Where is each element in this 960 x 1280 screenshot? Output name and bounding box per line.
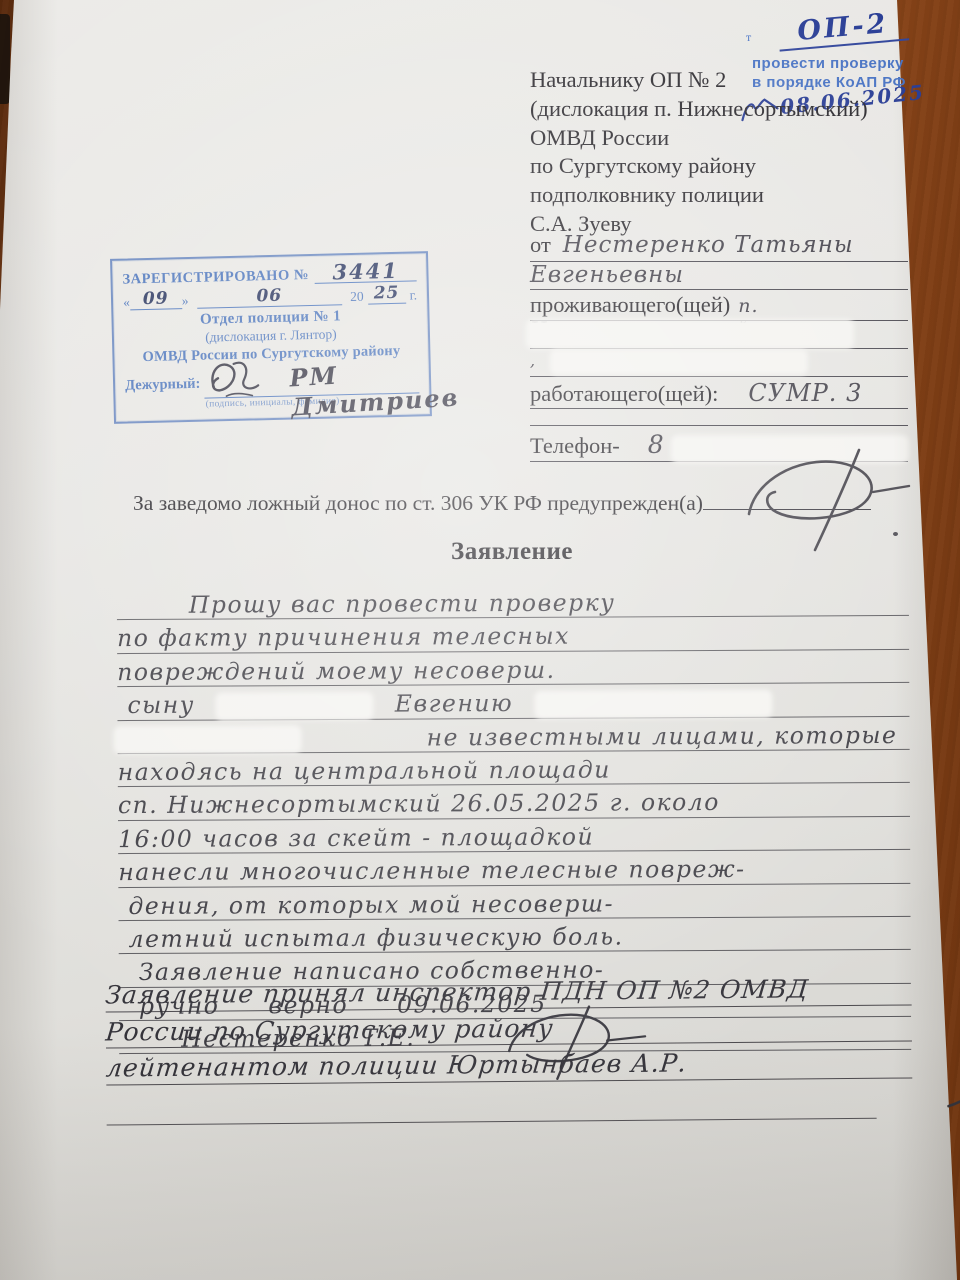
from-patronymic-handwritten: Евгеньевны [530,262,684,288]
addressee-line: Начальнику ОП № 2 [530,66,916,95]
document-title: Заявление [0,538,960,566]
duty-signature [204,357,289,399]
address-line-redacted [530,323,908,349]
stamp-prefix-letter: т [746,30,751,45]
photo-of-document: { "corner": { "prefix": "т", "code": "ОП… [0,0,960,1280]
redaction-box [530,323,850,345]
body-line: находясь на центральной площади [118,750,910,788]
stamp-year-suffix: г. [409,287,417,303]
empty-rule-line [106,1078,876,1125]
registration-number-handwritten: 3441 [315,260,417,283]
duty-signature-area: РМ Дмитриев [204,363,419,398]
workplace-field: работающего(щей): СУМР. 3 [530,379,908,409]
body-line: повреждений моему несоверш. [117,650,909,688]
warning-text: За заведомо ложный донос по ст. 306 УК Р… [133,491,703,515]
workplace-label: работающего(щей): [530,381,718,406]
redaction-box [220,695,370,716]
redaction-box [118,729,298,750]
from-field: от Нестеренко Татьяны [530,232,908,262]
duty-label: Дежурный: [125,375,201,394]
document-content: т ОП-2 провести проверку в порядке КоАП … [0,0,960,1280]
addressee-line: по Сургутскому району [530,152,916,181]
body-line-with-redaction: не известными лицами, которые [117,716,909,754]
stamp-month-handwritten: 06 [196,284,342,309]
addressee-block: Начальнику ОП № 2 (дислокация п. Нижнесо… [530,66,916,239]
addressee-line: ОМВД России [530,124,916,153]
body-line: дения, от которых мой несоверш- [118,883,910,921]
workplace-value-handwritten: СУМР. 3 [748,379,862,407]
inspector-note: Заявление принял инспектор ПДН ОП №2 ОМВ… [105,968,912,1125]
stamp-year-prefix: 20 [350,289,364,305]
phone-value-handwritten: 8 [648,430,665,459]
body-line: нанесли многочисленные телесные повреж- [118,850,910,888]
body-line: 16:00 часов за скейт - площадкой [118,817,910,855]
body-line: сп. Нижнесортымский 26.05.2025 г. около [118,783,910,821]
body-line: летний испытал физическую боль. [119,917,911,955]
stamp-day-handwritten: 09 [130,288,182,310]
addressee-line: подполковнику полиции [530,181,916,210]
stamp-duty-row: Дежурный: РМ Дмитриев [125,363,420,400]
empty-rule-line [530,412,908,426]
redaction-box [538,693,768,714]
inspector-line: лейтенантом полиции Юртынбаев А.Р. [106,1041,912,1085]
body-line: Прошу вас провести проверку [117,583,909,621]
duty-name-handwritten: РМ Дмитриев [289,354,460,422]
residence-label: проживающего(щей) [530,292,730,317]
residence-field: проживающего(щей) п. Нижнесортымский [530,292,908,321]
from-label: от [530,232,551,257]
body-line-with-redactions: сыну Евгению [117,683,909,721]
stamp-year-handwritten: 25 [367,283,406,305]
pen-dot [893,532,898,536]
address-line2-redacted: , [530,351,908,377]
handwritten-unit-code: ОП-2 [777,6,909,51]
redaction-box [554,353,804,371]
from-name-handwritten: Нестеренко Татьяны [563,232,854,258]
addressee-line: (дислокация п. Нижнесортымский) [530,95,916,124]
from-field-line2: Евгеньевны [530,262,908,290]
body-line: по факту причинения телесных [117,616,909,654]
phone-label: Телефон- [530,433,620,458]
inspector-signature-flourish [933,959,960,1110]
registration-stamp: ЗАРЕГИСТРИРОВАНО № 3441 « 09 » 06 20 25 … [110,251,432,424]
